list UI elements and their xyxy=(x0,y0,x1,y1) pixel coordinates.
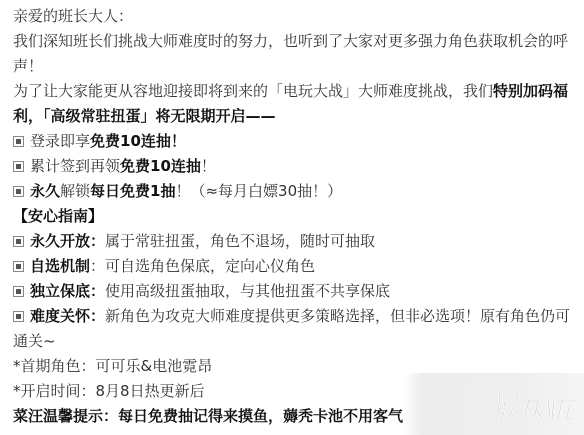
perk-text: ！ xyxy=(201,157,216,175)
welfare-paragraph-line-1: 为了让大家能更从容地迎接即将到来的「电玩大战」大师难度挑战，我们特别加码福 xyxy=(13,79,575,104)
perk-highlight: 永久 xyxy=(30,182,60,200)
square-bullet-icon xyxy=(13,236,24,247)
greeting: 亲爱的班长大人： xyxy=(13,4,575,29)
welfare-text: 为了让大家能更从容地迎接即将到来的「电玩大战」大师难度挑战，我们 xyxy=(13,82,493,100)
guide-item-text: ：可自选角色保底，定向心仪角色 xyxy=(90,257,315,275)
square-bullet-icon xyxy=(13,286,24,297)
perk-text: 解锁 xyxy=(60,182,90,200)
intro-paragraph-line-2: 声！ xyxy=(13,54,575,79)
perk-text: ！（≈每月白嫖30抽！） xyxy=(175,182,342,200)
welfare-highlight: 特别加码福 xyxy=(493,82,568,100)
perk-item: 累计签到再领免费10连抽！ xyxy=(13,154,575,179)
guide-item: 永久开放：属于常驻扭蛋，角色不退场，随时可抽取 xyxy=(13,229,575,254)
perk-text: 登录即享 xyxy=(30,132,90,150)
guide-item-text: 使用高级扭蛋抽取，与其他扭蛋不共享保底 xyxy=(105,282,390,300)
jiuyou-watermark-logo-icon xyxy=(492,387,580,427)
square-bullet-icon xyxy=(13,186,24,197)
perk-text: 累计签到再领 xyxy=(30,157,120,175)
perk-item: 登录即享免费10连抽！ xyxy=(13,129,575,154)
welfare-paragraph-line-2: 利，「高级常驻扭蛋」将无限期开启—— xyxy=(13,104,575,129)
guide-item: 自选机制：可自选角色保底，定向心仪角色 xyxy=(13,254,575,279)
guide-item-label: 独立保底： xyxy=(30,282,105,300)
guide-item-text: 新角色为攻克大师难度提供更多策略选择，但非必选项！原有角色仍可 xyxy=(105,307,570,325)
square-bullet-icon xyxy=(13,311,24,322)
guide-item-label: 永久开放： xyxy=(30,232,105,250)
square-bullet-icon xyxy=(13,161,24,172)
guide-title: 【安心指南】 xyxy=(13,204,575,229)
guide-item-label: 自选机制 xyxy=(30,257,90,275)
intro-paragraph-line-1: 我们深知班长们挑战大师难度时的努力，也听到了大家对更多强力角色获取机会的呼 xyxy=(13,29,575,54)
announcement-document: 亲爱的班长大人： 我们深知班长们挑战大师难度时的努力，也听到了大家对更多强力角色… xyxy=(13,4,575,429)
guide-item-text: 属于常驻扭蛋，角色不退场，随时可抽取 xyxy=(105,232,375,250)
guide-item: 独立保底：使用高级扭蛋抽取，与其他扭蛋不共享保底 xyxy=(13,279,575,304)
guide-item-label: 难度关怀： xyxy=(30,307,105,325)
guide-item: 难度关怀：新角色为攻克大师难度提供更多策略选择，但非必选项！原有角色仍可 xyxy=(13,304,575,329)
square-bullet-icon xyxy=(13,136,24,147)
square-bullet-icon xyxy=(13,261,24,272)
perk-item: 永久解锁每日免费1抽！（≈每月白嫖30抽！） xyxy=(13,179,575,204)
guide-item-continuation: 通关~ xyxy=(13,329,575,354)
perk-highlight: 免费10连抽 xyxy=(120,157,201,175)
perk-highlight: 免费10连抽！ xyxy=(90,132,186,150)
perk-highlight: 每日免费1抽 xyxy=(90,182,175,200)
